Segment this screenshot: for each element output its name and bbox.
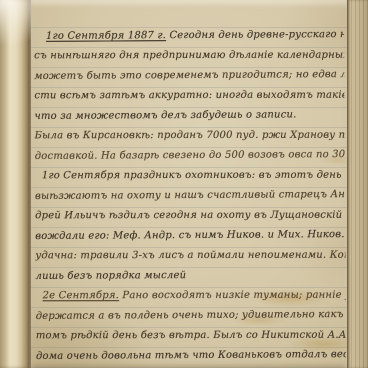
diary-line-text: Была въ Кирсановкѣ: проданъ 7000 пуд. рж…: [35, 130, 345, 142]
diary-line-text: томъ рѣдкій день безъ вѣтра. Былъ со Ник…: [36, 330, 346, 342]
diary-line-text: Рано восходятъ низкіе туманы; ранніе утр…: [119, 290, 346, 302]
diary-line: лишь безъ порядка мыслей: [35, 265, 345, 287]
manuscript-page: 1го Сентября 1887 г. Сегодня день древне…: [31, 0, 347, 368]
diary-line: 2е Сентября. Рано восходятъ низкіе туман…: [36, 286, 346, 307]
diary-line: сти всѣмъ затѣмъ аккуратно: иногда выход…: [34, 86, 344, 107]
diary-line: 1го Сентября праздникъ охотниковъ: въ эт…: [35, 166, 345, 187]
date-heading: 1го Сентября 1887 г.: [46, 30, 166, 42]
diary-line-text: можетъ быть это современемъ пригодится; …: [34, 69, 344, 82]
diary-line: томъ рѣдкій день безъ вѣтра. Былъ со Ник…: [36, 326, 346, 347]
diary-line: держатся а въ полдень очень тихо; удивит…: [36, 305, 346, 327]
diary-line-text: лишь безъ порядка мыслей: [35, 270, 186, 282]
page-fore-edge: [347, 0, 368, 368]
diary-line: съ нынѣшняго дня предпринимаю дѣланіе ка…: [34, 46, 344, 67]
diary-line: удачна: травили 3-хъ лисъ а поймали непо…: [35, 246, 345, 267]
diary-line: выѣзжаютъ на охоту и нашъ счастливый ста…: [35, 185, 345, 207]
diary-line: доставкой. На базарѣ свезено до 500 возо…: [35, 145, 345, 167]
book-binding-edge: [0, 0, 31, 368]
diary-line-text: что за множествомъ делъ забудешь о запис…: [34, 109, 296, 122]
diary-line: 1го Сентября 1887 г. Сегодня день древне…: [34, 25, 344, 47]
diary-line-text: съ нынѣшняго дня предпринимаю дѣланіе ка…: [34, 50, 344, 62]
manuscript-scan: 1го Сентября 1887 г. Сегодня день древне…: [0, 0, 368, 368]
diary-line: Была въ Кирсановкѣ: проданъ 7000 пуд. рж…: [35, 126, 345, 147]
diary-line-text: удачна: травили 3-хъ лисъ а поймали непо…: [35, 250, 345, 262]
diary-line-text: выѣзжаютъ на охоту и нашъ счастливый ста…: [35, 189, 345, 202]
date-heading: 2е Сентября.: [43, 290, 119, 301]
diary-line-text: Сегодня день древне-русскаго новолѣтія: [166, 29, 344, 41]
diary-line-text: 1го Сентября праздникъ охотниковъ: въ эт…: [42, 170, 345, 182]
diary-line-text: вождали его: Меф. Андр. съ нимъ Ников. и…: [35, 228, 345, 241]
diary-line-text: держатся а въ полдень очень тихо; удивит…: [36, 308, 346, 322]
diary-text: 1го Сентября 1887 г. Сегодня день древне…: [34, 25, 346, 367]
diary-line: дрей Ильичъ ѣздилъ сегодня на охоту въ Л…: [35, 206, 345, 227]
diary-line-text: дома очень довольна тѣмъ что Кованьковъ …: [36, 348, 346, 361]
diary-line: вождали его: Меф. Андр. съ нимъ Ников. и…: [35, 225, 345, 247]
diary-line-text: дрей Ильичъ ѣздилъ сегодня на охоту въ Л…: [35, 210, 345, 222]
diary-line-text: доставкой. На базарѣ свезено до 500 возо…: [35, 149, 345, 162]
diary-line: можетъ быть это современемъ пригодится; …: [34, 65, 344, 87]
diary-line-text: сти всѣмъ затѣмъ аккуратно: иногда выход…: [34, 90, 344, 102]
diary-line: дома очень довольна тѣмъ что Кованьковъ …: [36, 345, 346, 367]
diary-line: что за множествомъ делъ забудешь о запис…: [34, 105, 344, 127]
